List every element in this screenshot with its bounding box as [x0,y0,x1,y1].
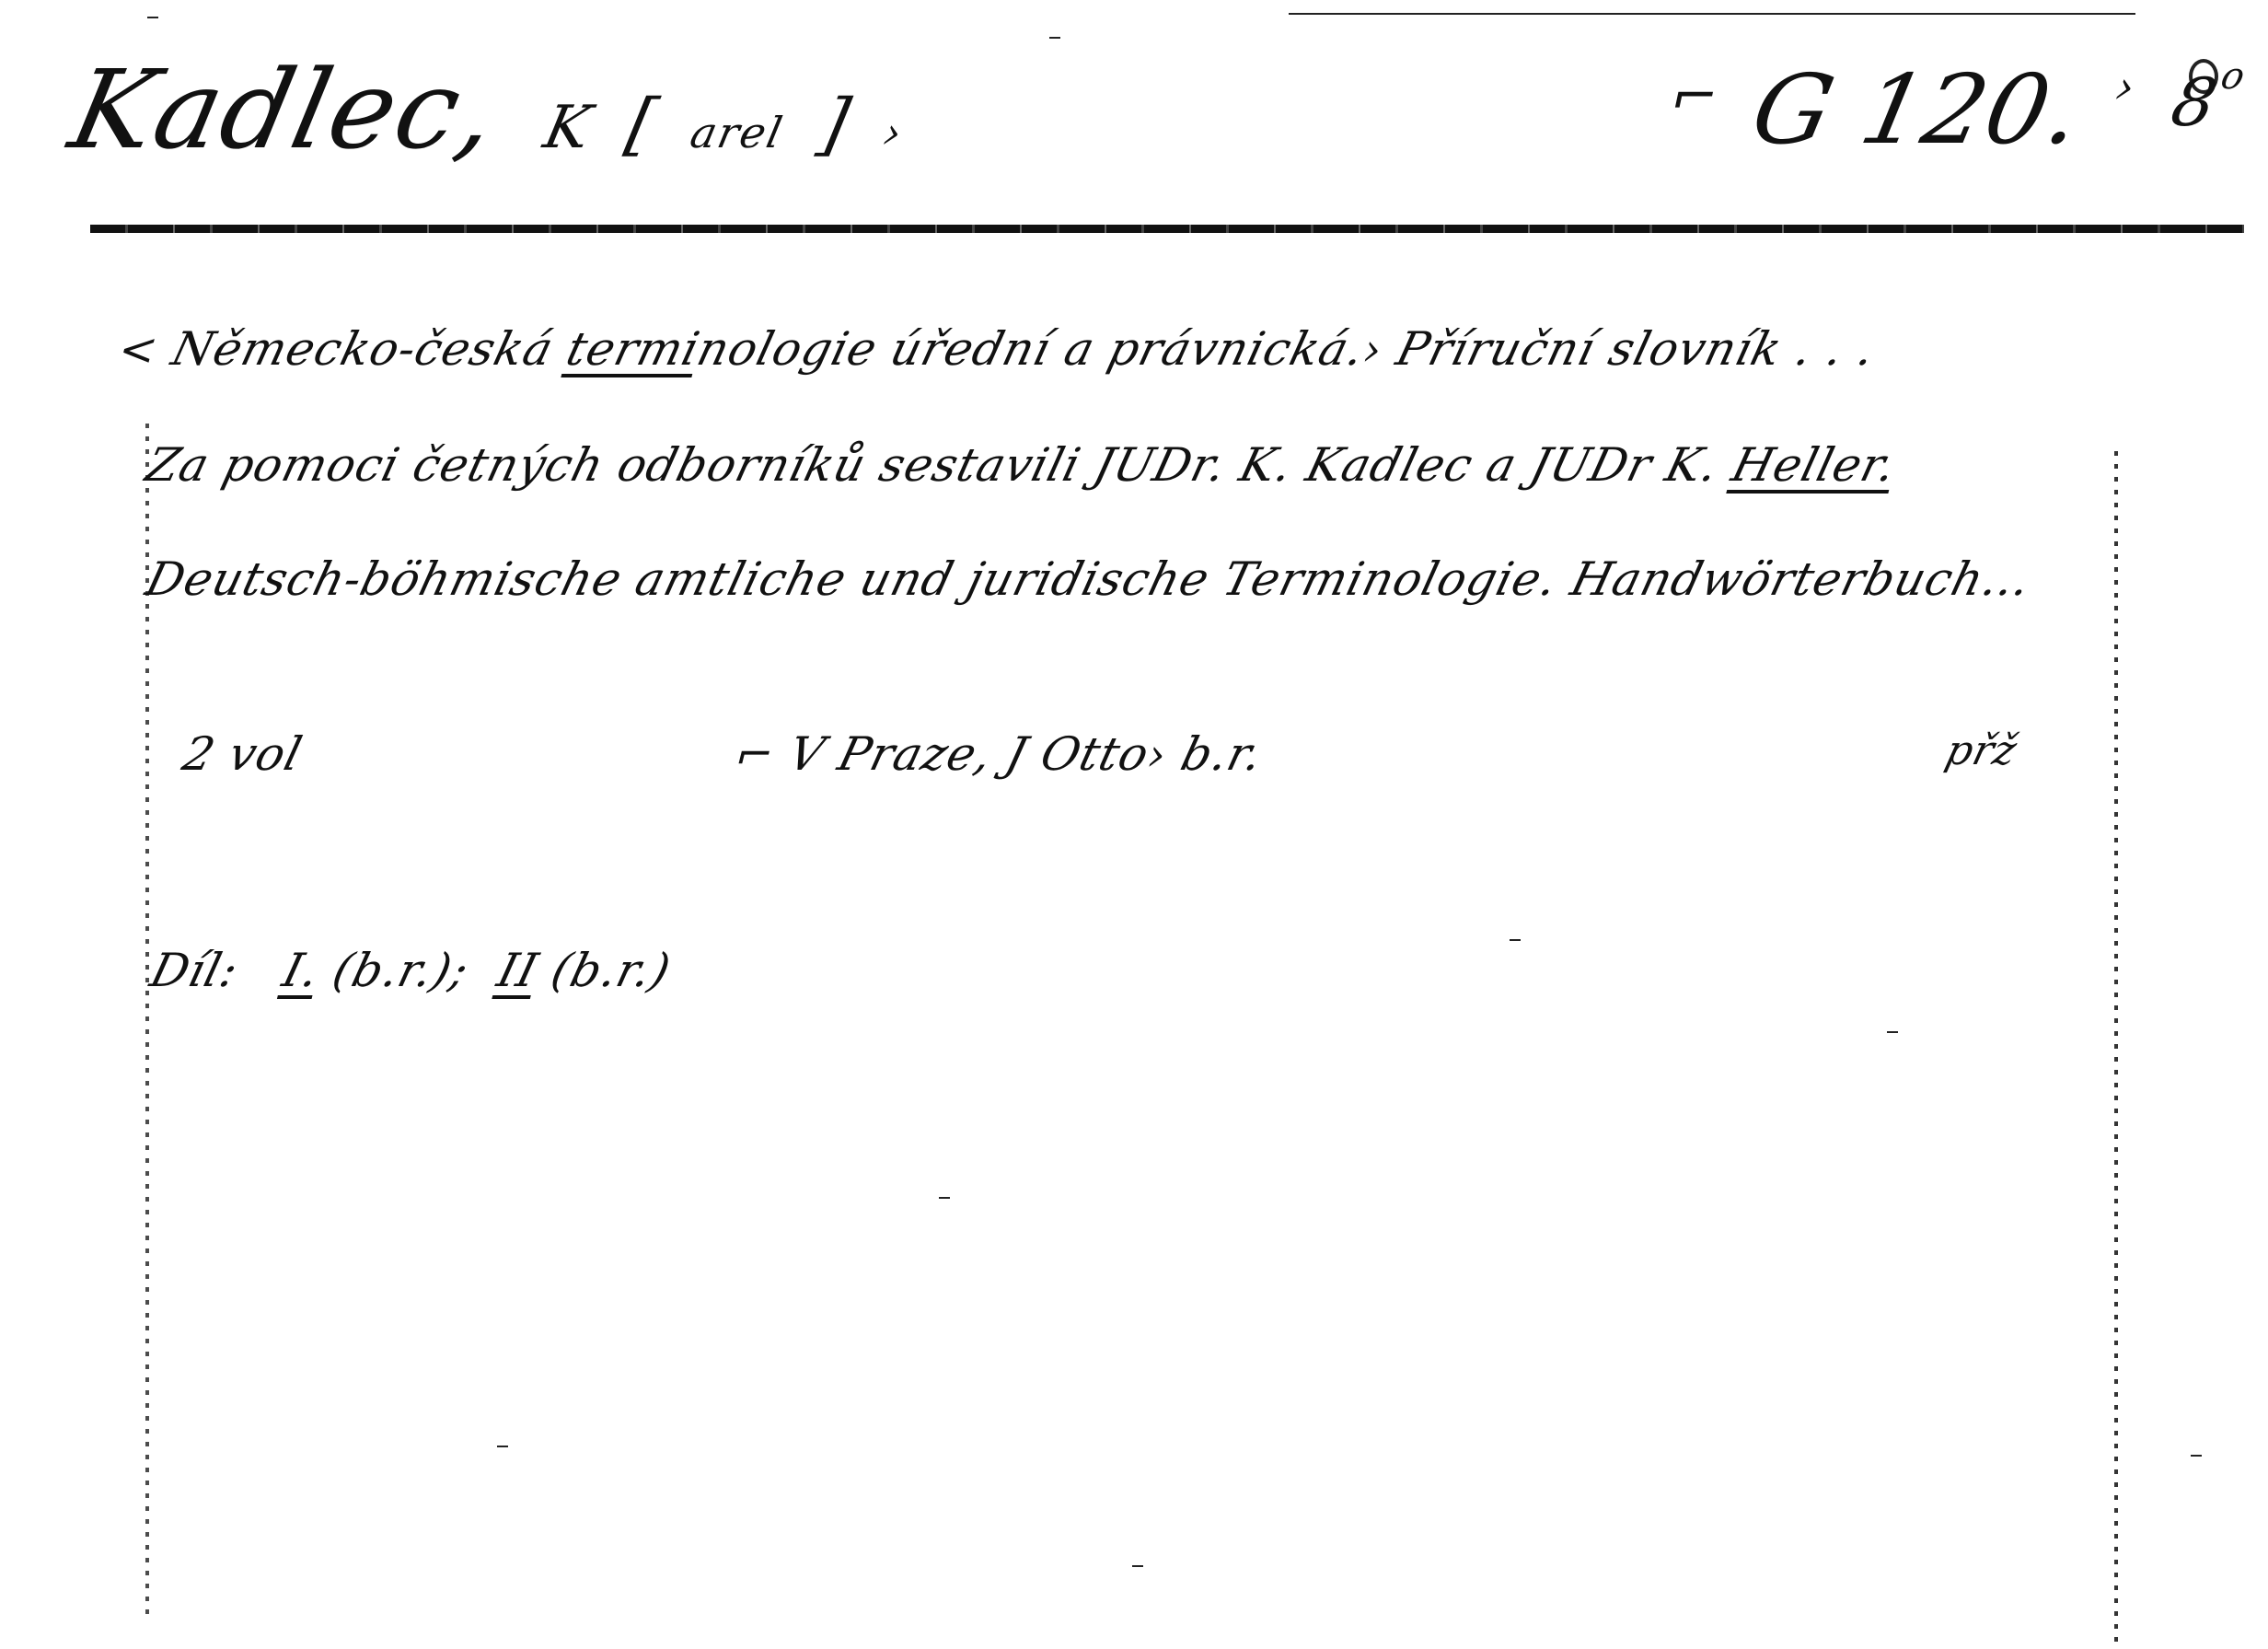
volumes: 2 vol [178,727,308,781]
scan-speck [1049,37,1060,39]
acquisition-note: přž [1941,727,2022,774]
scan-speck [147,17,158,18]
catalog-card: Kadlec, K [ arel ] › ⌐ G 120. › 8o < Něm… [0,0,2268,1649]
scan-speck [497,1446,508,1447]
title-line-1: < Německo-česká terminologie úřední a pr… [113,322,1881,376]
title-text-cont: nologie úřední a právnická. [692,322,1371,376]
responsibility-underlined: Heller. [1727,438,1903,492]
right-margin-dotted-line [2114,451,2118,1648]
part-1-number: I. [277,944,325,997]
subtitle-text: Příruční slovník . . . [1376,322,1881,376]
parts-line: Díl: I. (b.r.); II (b.r.) [145,944,677,997]
parallel-title-text: Deutsch-böhmische amtliche und juridisch… [141,552,2037,606]
parts-label: Díl: [145,944,244,997]
call-number-close-mark: › [2111,62,2140,113]
scan-speck [939,1197,950,1199]
title-line-3: Deutsch-böhmische amtliche und juridisch… [141,552,2037,606]
heading-divider-rule [90,225,2244,233]
heading-close-mark: › [879,108,908,157]
part-1-date: (b.r.); [328,944,475,997]
call-number-value: G 120. [1742,53,2092,166]
author-heading: Kadlec, K [ arel ] › [60,46,920,173]
top-edge-line [1289,13,2135,15]
scan-speck [1510,939,1521,941]
format-size: 8o [2165,55,2250,141]
imprint-open-mark: ⌐ [730,729,781,781]
author-given-rest: arel [686,108,788,157]
title-text: Německo-česká [167,322,574,376]
title-open-mark: < [113,324,164,376]
part-2-date: (b.r.) [546,944,677,997]
close-bracket: ] [813,85,858,164]
call-number: ⌐ G 120. › [1657,53,2142,166]
format-value: 8 [2165,64,2225,141]
author-surname: Kadlec, [60,46,510,173]
scan-speck [1887,1031,1898,1033]
responsibility-text: Za pomoci četných odborníků sestavili JU… [141,438,1740,492]
imprint-date: b.r. [1175,727,1268,781]
imprint-place-publisher: V Praze, J Otto [783,727,1155,781]
open-bracket: [ [620,85,665,164]
format-superscript: o [2217,55,2250,98]
scan-speck [1132,1565,1143,1567]
imprint: ⌐ V Praze, J Otto› b.r. [730,727,1268,781]
title-line-2: Za pomoci četných odborníků sestavili JU… [141,438,1903,492]
left-margin-dotted-line [145,424,149,1620]
call-number-open-mark: ⌐ [1664,64,1725,129]
author-given-initial: K [538,94,599,162]
scan-speck [2191,1455,2202,1457]
title-underlined: termi [561,322,705,376]
part-2-number: II [492,944,544,997]
